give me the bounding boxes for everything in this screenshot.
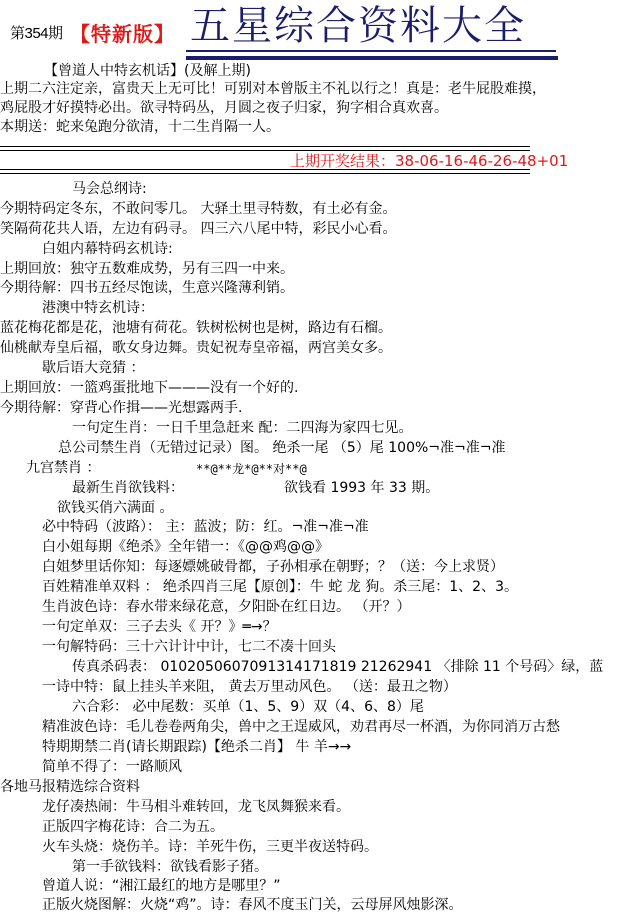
text-line: 白小姐每期《绝杀》全年错一：《@@鸡@@》	[42, 538, 329, 556]
text-line: 欲钱看 1993 年 33 期。	[284, 479, 439, 497]
section-heading: 歇后语大竞猜 ：	[42, 359, 144, 377]
text-line: 生肖波色诗：春水带来绿花意，夕阳卧在红日边。 （开？）	[42, 598, 410, 616]
page-header: 第354期 【特新版】 五星综合资料大全	[0, 0, 621, 58]
text-line: 龙仔凑热闹：牛马相斗难转回，龙飞凤舞猴来看。	[42, 798, 350, 816]
text-line: 总公司禁生肖（无错过记录）图。 绝杀一尾 （5）尾 100%¬准¬准¬准	[58, 439, 505, 457]
section-heading: 白姐内幕特码玄机诗:	[42, 240, 173, 258]
intro-line: 鸡屁股才好摸特必出。欲寻特码丛，月圆之夜子归家，狗字相合真欢喜。	[0, 99, 448, 117]
poem-line: 笑隔荷花共人语，左边有码寻。 四三六八尾中特，彩民小心看。	[0, 220, 396, 238]
text-line: 今期待解：四书五经尽饱读，生意兴隆薄利销。	[0, 279, 294, 297]
text-line: 一句定单双：三子去头《 开？》═→？	[42, 618, 277, 636]
text-line: 一句定生肖：一日千里急赶来 配：二四海为家四七见。	[72, 419, 412, 437]
last-result-label: 上期开奖结果：	[290, 152, 395, 170]
last-result: 上期开奖结果：38-06-16-46-26-48+01	[290, 150, 568, 171]
text-line: 欲钱买俏六满面 。	[57, 499, 173, 517]
title-underline-thick	[186, 56, 558, 60]
intro-line: 上期二六注定亲，富贵天上无可比！可别对本曾版主不礼以行之！真是：老牛屁股难摸，	[0, 80, 546, 98]
double-divider	[0, 169, 530, 174]
text-line: 正版火烧图解：火烧“鸡”。诗：春风不度玉门关，云母屏风烛影深。	[42, 896, 463, 914]
poem-line: 蓝花梅花都是花，池塘有荷花。铁树松树也是树，路边有石榴。	[0, 319, 392, 337]
text-line: 第一手欲钱料：欲钱看影子猪。	[72, 858, 268, 876]
page-title: 五星综合资料大全	[190, 4, 526, 48]
text-line: 传真杀码表： 0102050607091314171819 21262941 〈…	[72, 658, 603, 676]
text-line: 上期回放：一篮鸡蛋批地下———没有一个好的.	[0, 379, 298, 397]
text-line: 曾道人说：“湘江最红的地方是哪里？”	[42, 877, 281, 895]
text-line: 上期回放：独守五数难成势，另有三四一中来。	[0, 260, 294, 278]
text-line: 必中特码（波路）： 主：蓝波；防：红。¬准¬准¬准	[42, 518, 369, 536]
title-underline-thin	[186, 50, 556, 52]
poem-line: 今期特码定冬东，不敢问零几。 大驿土里寻特数，有土必有金。	[0, 200, 396, 218]
text-line: 简单不得了：一路顺风	[42, 758, 182, 776]
text-line: 今期待解：穿背心作揖——光想露两手.	[0, 399, 242, 417]
text-line: 正版四字梅花诗：合二为五。	[42, 818, 224, 836]
issue-number: 第354期	[10, 22, 63, 43]
text-line: **@**龙*@**对**@	[196, 460, 307, 478]
section-heading: 马会总纲诗:	[72, 180, 147, 198]
text-line: 特期期禁二肖(请长期跟踪)【绝杀二肖】 牛 羊→→	[42, 738, 351, 756]
section-heading: 港澳中特玄机诗：	[42, 299, 154, 317]
text-line: 百姓精准单双料 ： 绝杀四肖三尾【原创】：牛 蛇 龙 狗。杀三尾：1、2、3。	[42, 578, 518, 596]
intro-line: 本期送：蛇来兔跑分欲清，十二生肖隔一人。	[0, 118, 280, 136]
intro-heading: 【曾道人中特玄机话】(及解上期)	[44, 62, 251, 80]
text-line: 九宫禁肖 ：	[26, 459, 100, 477]
last-result-numbers: 38-06-16-46-26-48+01	[395, 152, 568, 170]
text-line: 火车头烧：烧伤羊。诗：羊死牛伤，三更半夜送特码。	[42, 838, 378, 856]
text-line: 一句解特码：三十六计计中计，七二不凑十回头	[42, 638, 336, 656]
poem-line: 仙桃献寿皇后福，歌女身边舞。贵妃祝寿皇帝福，两宫美女多。	[0, 339, 392, 357]
text-line: 最新生肖欲钱料：	[72, 479, 184, 497]
text-line: 六合彩： 必中尾数：买单（1、5、9）双（4、6、8）尾	[72, 698, 424, 716]
edition-badge: 【特新版】	[70, 18, 175, 47]
text-line: 精准波色诗：毛儿卷卷两角尖，兽中之王逞威风，劝君再尽一杯酒，为你同消万古愁	[42, 718, 560, 736]
section-heading: 各地马报精选综合资料	[0, 778, 140, 796]
text-line: 一诗中特：鼠上挂头羊来阻， 黄去万里动风色。 （送：最丑之物）	[42, 678, 457, 696]
text-line: 白姐梦里话你知：每逐嫖姚破骨都，子孙相承在朝野；？（送：今上求贤）	[42, 558, 504, 576]
